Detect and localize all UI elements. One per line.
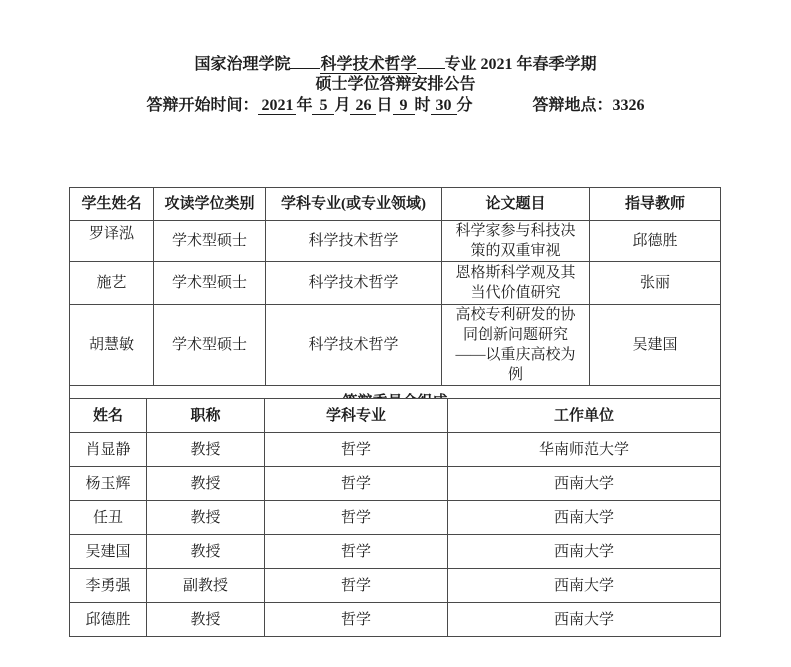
member-employer-cell: 西南大学: [448, 603, 721, 637]
col-header-thesis-title: 论文题目: [442, 188, 590, 221]
thesis-title-cell: 高校专利研发的协同创新问题研究——以重庆高校为例: [442, 305, 590, 386]
member-title-cell: 教授: [147, 467, 265, 501]
defense-minute-value: 30: [431, 97, 457, 115]
col-header-member-employer: 工作单位: [448, 399, 721, 433]
member-employer-cell: 西南大学: [448, 535, 721, 569]
table-row: 胡慧敏 学术型硕士 科学技术哲学 高校专利研发的协同创新问题研究——以重庆高校为…: [70, 305, 721, 386]
member-name-cell: 吴建国: [70, 535, 147, 569]
hour-unit: 时: [415, 97, 431, 114]
table-row: 施艺 学术型硕士 科学技术哲学 恩格斯科学观及其当代价值研究 张丽: [70, 262, 721, 305]
member-name-cell: 邱德胜: [70, 603, 147, 637]
student-name-cell: 施艺: [70, 262, 154, 305]
students-header-row: 学生姓名 攻读学位类别 学科专业(或专业领域) 论文题目 指导教师: [70, 188, 721, 221]
thesis-title-cell: 恩格斯科学观及其当代价值研究: [442, 262, 590, 305]
member-title-cell: 教授: [147, 603, 265, 637]
member-major-cell: 哲学: [265, 433, 448, 467]
degree-type-cell: 学术型硕士: [154, 305, 266, 386]
students-defense-table: 学生姓名 攻读学位类别 学科专业(或专业领域) 论文题目 指导教师 罗译泓 学术…: [69, 187, 721, 419]
member-major-cell: 哲学: [265, 535, 448, 569]
table-row: 吴建国 教授 哲学 西南大学: [70, 535, 721, 569]
blank-underline: [290, 53, 320, 69]
member-major-cell: 哲学: [265, 569, 448, 603]
member-name-cell: 肖显静: [70, 433, 147, 467]
day-unit: 日: [376, 97, 392, 114]
document-page: 国家治理学院科学技术哲学专业 2021 年春季学期 硕士学位答辩安排公告 答辩开…: [0, 0, 791, 667]
advisor-cell: 邱德胜: [590, 221, 721, 262]
table-row: 邱德胜 教授 哲学 西南大学: [70, 603, 721, 637]
defense-year-value: 2021: [258, 97, 296, 115]
blank-underline: [417, 53, 445, 69]
defense-month-value: 5: [312, 97, 334, 115]
defense-location-label: 答辩地点：: [533, 97, 613, 114]
defense-day-value: 26: [350, 97, 376, 115]
advisor-cell: 吴建国: [590, 305, 721, 386]
semester-text: 专业 2021 年春季学期: [445, 56, 597, 73]
member-title-cell: 教授: [147, 535, 265, 569]
table-row: 李勇强 副教授 哲学 西南大学: [70, 569, 721, 603]
member-major-cell: 哲学: [265, 501, 448, 535]
col-header-degree-type: 攻读学位类别: [154, 188, 266, 221]
student-name-cell: 胡慧敏: [70, 305, 154, 386]
announcement-header: 国家治理学院科学技术哲学专业 2021 年春季学期 硕士学位答辩安排公告 答辩开…: [0, 53, 791, 116]
defense-hour-value: 9: [393, 97, 415, 115]
member-major-cell: 哲学: [265, 467, 448, 501]
table-row: 肖显静 教授 哲学 华南师范大学: [70, 433, 721, 467]
degree-type-cell: 学术型硕士: [154, 262, 266, 305]
degree-type-cell: 学术型硕士: [154, 221, 266, 262]
member-name-cell: 任丑: [70, 501, 147, 535]
col-header-major: 学科专业(或专业领域): [266, 188, 442, 221]
member-employer-cell: 西南大学: [448, 467, 721, 501]
member-title-cell: 教授: [147, 433, 265, 467]
member-major-cell: 哲学: [265, 603, 448, 637]
advisor-cell: 张丽: [590, 262, 721, 305]
member-name-cell: 李勇强: [70, 569, 147, 603]
col-header-member-title: 职称: [147, 399, 265, 433]
table-row: 罗译泓 学术型硕士 科学技术哲学 科学家参与科技决策的双重审视 邱德胜: [70, 221, 721, 262]
major-cell: 科学技术哲学: [266, 262, 442, 305]
member-name-cell: 杨玉辉: [70, 467, 147, 501]
student-name-cell: 罗译泓: [70, 221, 154, 262]
table-row: 任丑 教授 哲学 西南大学: [70, 501, 721, 535]
thesis-title-cell: 科学家参与科技决策的双重审视: [442, 221, 590, 262]
major-cell: 科学技术哲学: [266, 305, 442, 386]
year-unit: 年: [296, 97, 312, 114]
member-employer-cell: 华南师范大学: [448, 433, 721, 467]
member-title-cell: 副教授: [147, 569, 265, 603]
defense-time-label: 答辩开始时间：: [146, 97, 258, 114]
major-cell: 科学技术哲学: [266, 221, 442, 262]
announcement-title-line1: 国家治理学院科学技术哲学专业 2021 年春季学期: [0, 53, 791, 74]
col-header-student-name: 学生姓名: [70, 188, 154, 221]
announcement-title-line2: 硕士学位答辩安排公告: [0, 74, 791, 95]
col-header-member-major: 学科专业: [265, 399, 448, 433]
minute-unit: 分: [457, 97, 473, 114]
col-header-advisor: 指导教师: [590, 188, 721, 221]
month-unit: 月: [334, 97, 350, 114]
college-name: 国家治理学院: [194, 56, 290, 73]
defense-time-location-line: 答辩开始时间：2021年5月26日9时30分答辩地点：3326: [0, 95, 791, 116]
member-employer-cell: 西南大学: [448, 501, 721, 535]
committee-table: 姓名 职称 学科专业 工作单位 肖显静 教授 哲学 华南师范大学 杨玉辉 教授 …: [69, 398, 721, 637]
committee-header-row: 姓名 职称 学科专业 工作单位: [70, 399, 721, 433]
defense-room-value: 3326: [613, 97, 645, 114]
member-title-cell: 教授: [147, 501, 265, 535]
col-header-member-name: 姓名: [70, 399, 147, 433]
member-employer-cell: 西南大学: [448, 569, 721, 603]
major-underlined: 科学技术哲学: [320, 56, 416, 74]
table-row: 杨玉辉 教授 哲学 西南大学: [70, 467, 721, 501]
